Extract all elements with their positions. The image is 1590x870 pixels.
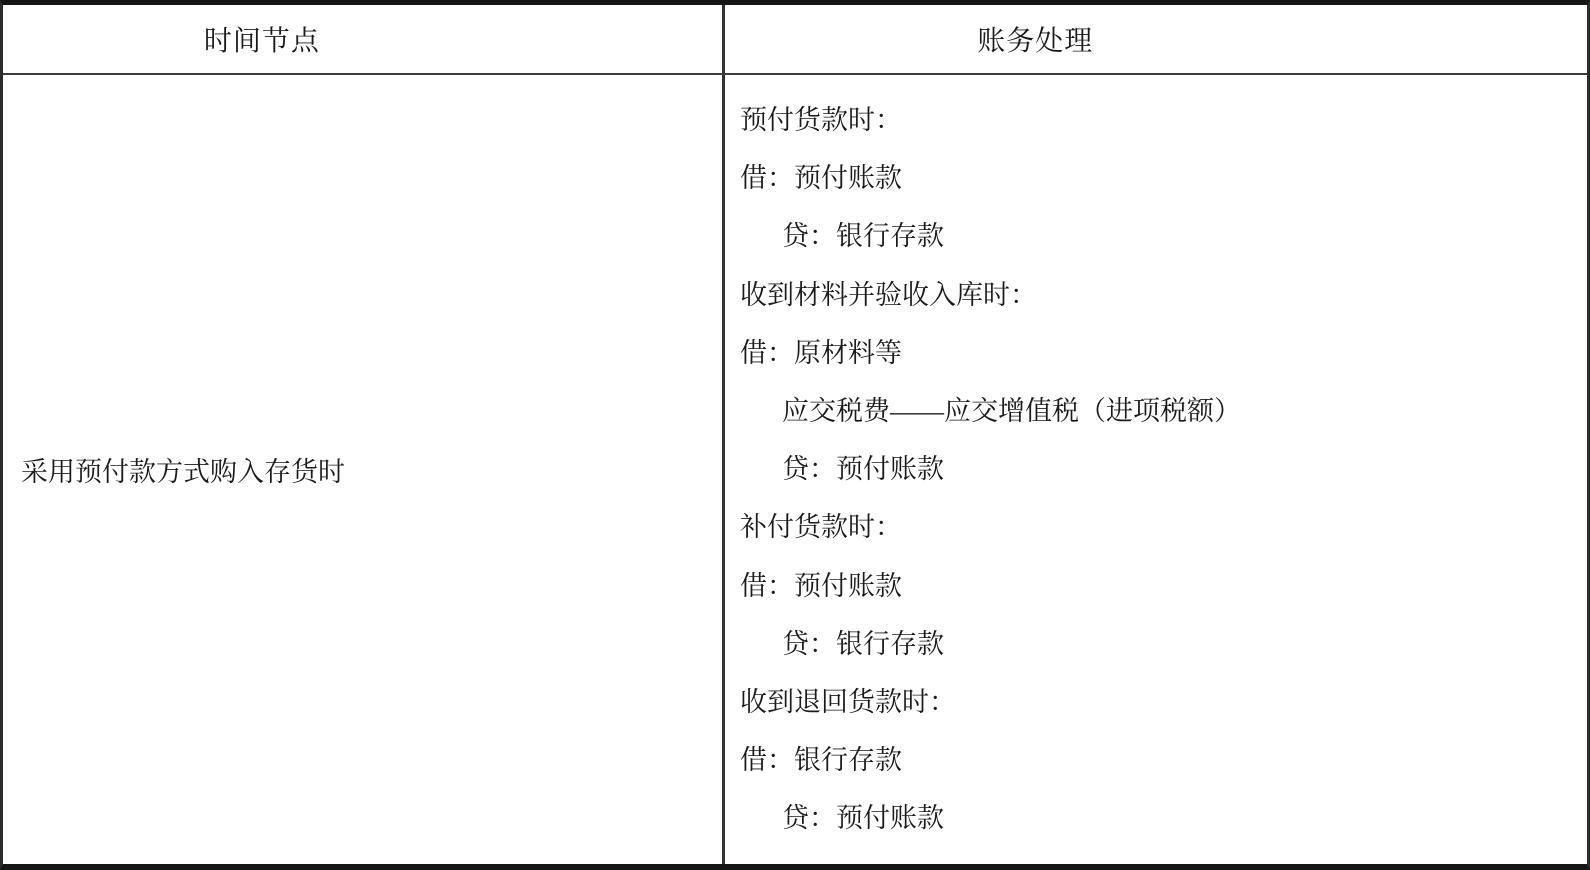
- table-body-row: 采用预付款方式购入存货时 预付货款时： 借：预付账款 贷：银行存款 收到材料并验…: [3, 75, 1587, 864]
- entry-line: 应交税费——应交增值税（进项税额）: [740, 382, 1577, 440]
- table-header-row: 时间节点 账务处理: [3, 5, 1587, 75]
- entry-line: 贷：预付账款: [740, 440, 1577, 498]
- entry-line: 借：原材料等: [740, 324, 1577, 382]
- entry-line: 收到材料并验收入库时：: [740, 266, 1577, 324]
- header-cell-time-node: 时间节点: [3, 5, 725, 73]
- entry-line: 收到退回货款时：: [740, 673, 1577, 731]
- entry-line: 借：预付账款: [740, 557, 1577, 615]
- time-node-text: 采用预付款方式购入存货时: [21, 450, 345, 489]
- entry-line: 借：预付账款: [740, 149, 1577, 207]
- header-label-time-node: 时间节点: [204, 19, 320, 59]
- header-cell-accounting-treatment: 账务处理: [725, 5, 1587, 73]
- cell-accounting-entries: 预付货款时： 借：预付账款 贷：银行存款 收到材料并验收入库时： 借：原材料等 …: [725, 75, 1587, 864]
- entry-line: 补付货款时：: [740, 498, 1577, 556]
- entry-line: 借：银行存款: [740, 731, 1577, 789]
- entry-line: 贷：银行存款: [740, 207, 1577, 265]
- entry-line: 预付货款时：: [740, 91, 1577, 149]
- cell-time-node: 采用预付款方式购入存货时: [3, 75, 725, 864]
- entry-line: 贷：银行存款: [740, 615, 1577, 673]
- accounting-treatment-table: 时间节点 账务处理 采用预付款方式购入存货时 预付货款时： 借：预付账款 贷：银…: [0, 0, 1590, 870]
- entry-line: 贷：预付账款: [740, 789, 1577, 847]
- header-label-accounting-treatment: 账务处理: [977, 19, 1093, 59]
